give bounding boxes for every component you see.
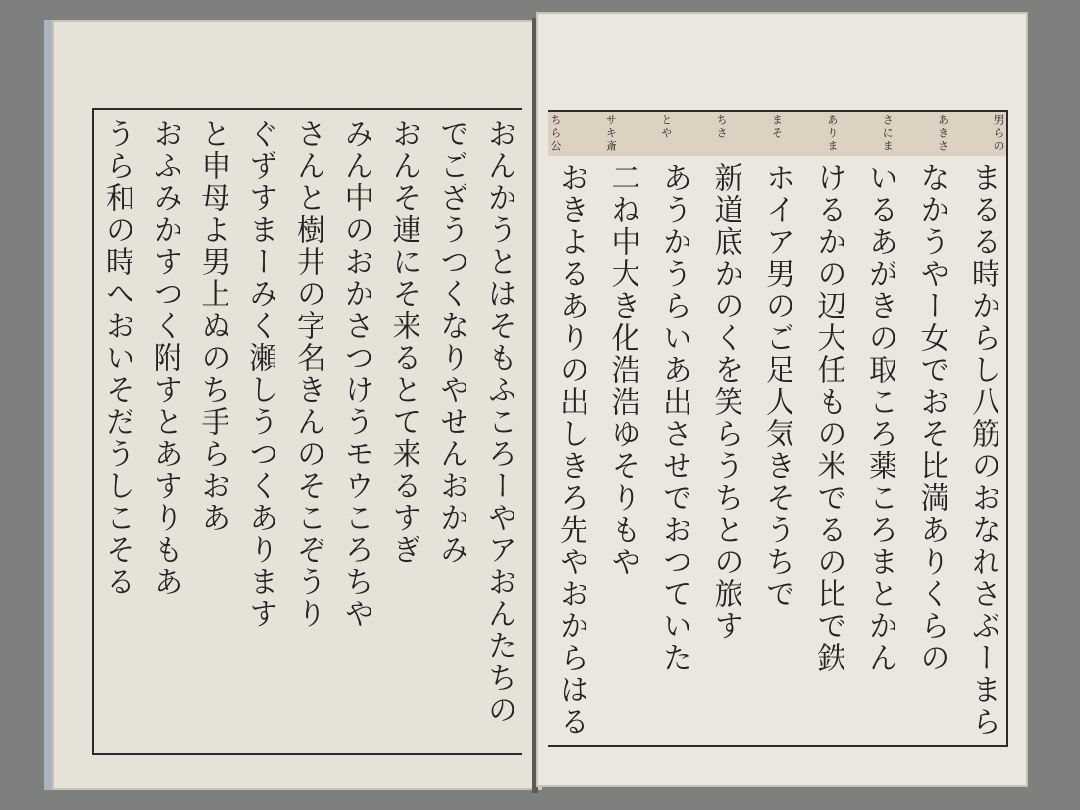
- text-column: けるかの辺大任もの米でるの比で鉄: [814, 162, 844, 737]
- text-column: でござうつくなりやせんおかみ: [436, 118, 466, 745]
- right-text-frame: まるる時からし八筋のおなれさぶーまらう なかうやー女でおそ比満ありくらの いるあ…: [548, 110, 1008, 747]
- text-column: おきよるありの出しきろ先やおからはるい: [556, 162, 586, 737]
- text-column: みん中のおかさつけうモウころちや: [341, 118, 371, 745]
- text-column: いるあがきの取ころ薬ころまとかん: [865, 162, 895, 737]
- text-column: なかうやー女でおそ比満ありくらの: [917, 162, 947, 737]
- text-column: おんかうとはそもふころーやアおんたちの: [484, 118, 514, 745]
- text-column: まるる時からし八筋のおなれさぶーまらう: [968, 162, 998, 737]
- text-column: うら和の時へおいそだうしこそる: [102, 118, 132, 745]
- left-page: おんかうとはそもふころーやアおんたちの でござうつくなりやせんおかみ おんそ連に…: [44, 20, 542, 790]
- text-column: 二ね中大き化浩浩ゆそりもや: [608, 162, 638, 737]
- text-column: 新道底かのくを笑らうちとの旅す: [711, 162, 741, 737]
- text-column: おふみかすつく附すとあすりもあ: [150, 118, 180, 745]
- left-text-frame: おんかうとはそもふころーやアおんたちの でござうつくなりやせんおかみ おんそ連に…: [92, 108, 522, 755]
- text-column: あうかうらいあ出させでおつていた: [659, 162, 689, 737]
- open-book: おんかうとはそもふころーやアおんたちの でござうつくなりやせんおかみ おんそ連に…: [44, 10, 1034, 800]
- right-page: 男らの あきさい さにまで ありま まそ ちさ とや サキ斎 ちら公三田す まる…: [536, 12, 1028, 787]
- text-column: ホイア男のご足人気きそうちで: [762, 162, 792, 737]
- text-column: おんそ連にそ来るとて来るすぎ: [389, 118, 419, 745]
- text-column: ぐずすまーみく瀬しうつくあります: [245, 118, 275, 745]
- text-column: さんと樹井の字名きんのそこぞうり: [293, 118, 323, 745]
- text-column: と申母よ男上ぬのち手らおあ: [198, 118, 228, 745]
